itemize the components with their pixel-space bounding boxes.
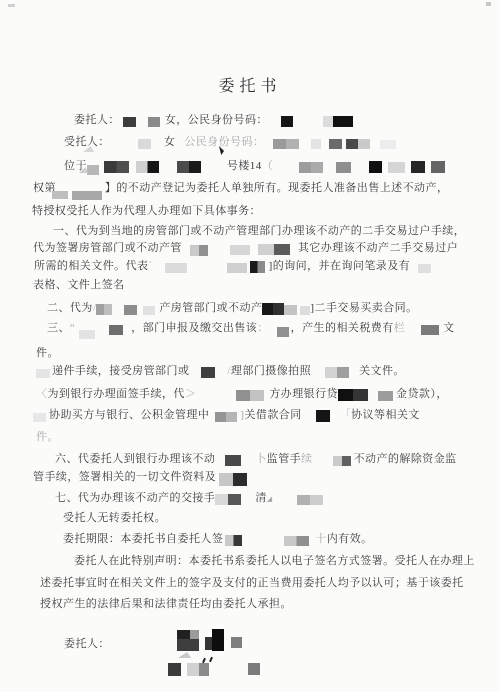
- redaction-block: [165, 263, 187, 273]
- redaction-block: [215, 494, 241, 505]
- document-line: 所需的相关文件。代表ˊ]的询问，并在询问笔录及有: [34, 260, 431, 273]
- spacer: [273, 168, 299, 169]
- redaction-block: [333, 456, 351, 466]
- signature-redaction: [212, 629, 224, 651]
- redaction-block: [190, 245, 208, 256]
- spacer: [187, 268, 227, 269]
- redaction-block: [299, 162, 323, 173]
- redaction-block: [369, 161, 382, 173]
- line-text: 特授权受托人作为代理人办理如下具体事务：: [32, 205, 261, 217]
- spacer: [208, 250, 230, 251]
- redaction-block: [346, 139, 370, 149]
- line-text: 递件手续，接受房管部门或: [52, 365, 189, 377]
- redaction-block: [136, 161, 159, 173]
- spacer: [196, 396, 236, 397]
- spacer: [129, 168, 136, 169]
- document-line: 委托人：: [64, 638, 110, 651]
- redaction-block: [36, 369, 50, 378]
- line-text: 方办理银行贷: [269, 388, 338, 400]
- spacer: [136, 122, 148, 123]
- spacer: [159, 168, 177, 169]
- signature-redaction: [190, 630, 199, 639]
- document-line: 受托人：女公民身份号码：: [64, 136, 396, 149]
- redaction-block: [418, 264, 431, 273]
- scan-smudge: [209, 657, 213, 662]
- redaction-block: [380, 140, 396, 149]
- line-text: 所需的相关文件。代表: [34, 260, 149, 272]
- redaction-block: [281, 116, 293, 127]
- line-text: ＞: [185, 388, 196, 400]
- document-line: 件。: [36, 347, 59, 360]
- spacer: [264, 144, 273, 145]
- redaction-block: [411, 161, 425, 173]
- redaction-block: [215, 412, 237, 422]
- line-text: 一、代为到当地的房管部门或不动产管理部门办理该不动产的二手交易过户手续，: [53, 225, 465, 237]
- line-text: 】的不动产登记为委托人单独所有。现委托人准备出售上述不动产，: [105, 182, 449, 194]
- redaction-block: [262, 303, 284, 315]
- spacer: [250, 250, 258, 251]
- document-line: 一、代为到当地的房管部门或不动产管理部门办理该不动产的二手交易过户手续，: [53, 225, 465, 238]
- line-text: 二、代为: [47, 302, 93, 314]
- spacer: [215, 373, 227, 374]
- line-text: 其它办理该不动产二手交易过户: [298, 242, 458, 254]
- redaction-block: [227, 263, 247, 273]
- line-text: 授权产生的法律后果和法律责任均由委托人承担。: [40, 598, 292, 610]
- redaction-block: [277, 327, 289, 337]
- spacer: [175, 144, 184, 145]
- spacer: [405, 330, 421, 331]
- document-line: 协助买方与银行、公积金管理中]关借款合同「协议等相关文: [33, 409, 420, 422]
- line-text: 续: [301, 453, 312, 465]
- line-text: 文: [443, 322, 454, 334]
- redaction-block: [96, 304, 112, 315]
- spacer: [95, 330, 109, 331]
- line-text: 委托人：: [64, 638, 110, 650]
- line-text: 关文件。: [359, 365, 405, 377]
- signature-redaction: [168, 663, 181, 676]
- line-text: ，产生的相关税费有: [291, 322, 394, 334]
- spacer: [151, 144, 164, 145]
- redaction-block: [109, 325, 123, 335]
- document-line: 七、代为办理该不动产的交接手清◢: [55, 492, 323, 505]
- redaction-block: [378, 391, 393, 401]
- line-text: 受托人：: [64, 136, 110, 148]
- signature-redaction: [199, 663, 209, 676]
- redaction-block: [333, 116, 353, 127]
- redaction-block: [258, 244, 290, 255]
- spacer: [153, 268, 165, 269]
- redaction-block: [338, 389, 368, 401]
- signature-redaction: [231, 637, 242, 648]
- scan-artifact: [486, 2, 491, 6]
- scan-artifact: [8, 4, 15, 7]
- redaction-block: [323, 116, 333, 127]
- document-line: 委托期限：本委托书自委托人签十内有效。: [63, 533, 373, 546]
- line-text: 金贷款），: [396, 388, 448, 400]
- document-line: 代为签署房管部门或不动产管其它办理该不动产二手交易过户: [33, 242, 458, 255]
- line-text: 述委托事宜时在相关文件上的签字及支付的正当费用委托人均予以认可；基于该委托: [40, 577, 464, 589]
- line-text: 不动产的解除资金监: [354, 453, 457, 465]
- redaction-block: [230, 245, 250, 255]
- redaction-block: [250, 261, 265, 273]
- line-text: 三、: [47, 322, 70, 334]
- line-text: 六、代委托人到银行办理该不动: [55, 453, 215, 465]
- line-text: ]的询问，并在询问笔录及有: [269, 260, 411, 272]
- line-text: ]二手交易买卖合同。: [310, 302, 417, 314]
- document-page: 委托书 委托人：女，公民身份号码：受托人：女公民身份号码：位于号楼14（权第】的…: [0, 0, 500, 692]
- line-text: 为到银行办理面签手续，代: [47, 388, 184, 400]
- line-text: 十: [315, 533, 326, 545]
- redaction-block: [201, 367, 215, 378]
- line-text: 理部门摄像拍照: [231, 365, 311, 377]
- redaction-block: [72, 191, 102, 200]
- spacer: [311, 373, 325, 374]
- spacer: [268, 122, 281, 123]
- line-text: 件。: [36, 347, 59, 359]
- document-title: 委托书: [0, 73, 500, 96]
- spacer: [269, 330, 277, 331]
- spacer: [241, 500, 255, 501]
- redaction-block: [329, 139, 342, 149]
- line-text: 女: [164, 136, 175, 148]
- spacer: [241, 461, 255, 462]
- line-text: 件。: [36, 431, 59, 443]
- document-line: 管手续，签署相关的一切文件资料及: [33, 470, 247, 483]
- document-line: 述委托事宜时在相关文件上的签字及支付的正当费用委托人均予以认可；基于该委托: [40, 577, 464, 590]
- spacer: [293, 122, 323, 123]
- line-text: 受托人无转委托权。: [63, 512, 166, 524]
- redaction-block: [300, 306, 310, 315]
- redaction-block: [143, 306, 155, 315]
- line-text: 栏: [394, 322, 405, 334]
- line-text: 监管手: [267, 453, 301, 465]
- spacer: [351, 168, 369, 169]
- line-text: 号楼14: [227, 160, 262, 172]
- redaction-block: [273, 139, 299, 149]
- line-text: ，部门申报及缴交出售该: [131, 322, 257, 334]
- document-line: 特授权受托人作为代理人办理如下具体事务：: [32, 205, 261, 218]
- spacer: [215, 461, 225, 462]
- spacer: [368, 396, 378, 397]
- redaction-block: [311, 139, 321, 149]
- redaction-block: [79, 330, 95, 339]
- redaction-block: [104, 161, 129, 173]
- spacer: [273, 500, 297, 501]
- signature-redaction: [187, 663, 199, 676]
- spacer: [290, 250, 298, 251]
- document-line: 委托人在此特别声明：本委托书系委托人以电子签名方式签署。受托人在办理上: [74, 555, 475, 568]
- line-text: 产房管部门或不动产: [159, 302, 262, 314]
- redaction-block: [388, 162, 405, 173]
- line-text: 清: [255, 492, 266, 504]
- document-line: 表格、文件上签名: [33, 279, 125, 292]
- signature-redaction: [248, 663, 260, 675]
- line-text: 协助买方与银行、公积金管理中: [49, 409, 209, 421]
- line-text: 七、代为办理该不动产的交接手: [55, 492, 215, 504]
- spacer: [323, 168, 336, 169]
- redaction-block: [236, 390, 264, 401]
- document-line: 件。: [36, 431, 59, 444]
- spacer: [410, 268, 418, 269]
- line-text: 代为签署房管部门或不动产管: [33, 242, 182, 254]
- redaction-block: [177, 161, 201, 173]
- document-line: 受托人无转委托权。: [63, 512, 166, 525]
- redaction-block: [284, 305, 297, 315]
- signature-redaction: [177, 630, 190, 639]
- line-text: 女，公民身份号码：: [165, 114, 268, 126]
- line-text: 〈: [36, 388, 47, 400]
- line-text: ：: [257, 322, 268, 334]
- redaction-block: [297, 495, 323, 505]
- redaction-block: [316, 410, 330, 422]
- document-line: 六、代委托人到银行办理该不动卜监管手续不动产的解除资金监: [55, 453, 457, 466]
- redaction-block: [421, 325, 439, 335]
- line-text: 协议等相关文: [351, 409, 420, 421]
- redaction-block: [284, 536, 309, 546]
- line-text: “: [70, 322, 75, 334]
- redaction-block: [33, 413, 46, 422]
- line-text: 委托人在此特别声明：本委托书系委托人以电子签名方式签署。受托人在办理上: [74, 555, 475, 567]
- spacer: [201, 168, 227, 169]
- redaction-block: [138, 139, 151, 149]
- line-text: ◢: [267, 495, 273, 503]
- document-line: 位于号楼14（: [64, 160, 445, 173]
- line-text: （: [262, 160, 273, 172]
- line-text: 委托人：: [74, 114, 120, 126]
- redaction-block: [225, 455, 241, 466]
- spacer: [299, 144, 311, 145]
- redaction-block: [336, 162, 351, 173]
- spacer: [349, 373, 359, 374]
- redaction-block: [52, 191, 68, 199]
- document-line: 授权产生的法律后果和法律责任均由委托人承担。: [40, 598, 292, 611]
- spacer: [313, 461, 333, 462]
- redaction-block: [124, 305, 137, 315]
- redaction-block: [219, 473, 247, 486]
- redaction-block: [225, 535, 242, 546]
- signature-redaction: [177, 639, 199, 651]
- spacer: [321, 144, 329, 145]
- spacer: [110, 144, 138, 145]
- line-text: 卜: [255, 453, 266, 465]
- line-text: 公民身份号码：: [184, 136, 264, 148]
- line-text: 管手续，签署相关的一切文件资料及: [33, 471, 216, 483]
- document-line: 二、代为/产房管部门或不动产]二手交易买卖合同。: [47, 302, 418, 315]
- spacer: [182, 250, 190, 251]
- spacer: [302, 417, 316, 418]
- document-line: 递件手续，接受房管部门或/理部门摄像拍照关文件。: [36, 365, 405, 378]
- spacer: [330, 417, 340, 418]
- line-text: 委托期限：本委托书自委托人签: [63, 533, 223, 545]
- line-text: 内有效。: [327, 533, 373, 545]
- line-text: 表格、文件上签名: [33, 279, 125, 291]
- line-text: 「: [340, 409, 351, 421]
- redaction-block: [87, 165, 99, 175]
- scan-smudge: [178, 652, 191, 658]
- redaction-block: [431, 161, 445, 173]
- line-text: ˊ: [149, 260, 153, 272]
- spacer: [189, 373, 201, 374]
- redaction-block: [325, 367, 349, 378]
- spacer: [242, 541, 284, 542]
- line-text: 关借款合同: [244, 409, 301, 421]
- document-line: 三、“，部门申报及缴交出售该：，产生的相关税费有栏文: [47, 322, 455, 335]
- spacer: [370, 144, 380, 145]
- document-line: 〈为到银行办理面签手续，代＞方办理银行贷金贷款），: [36, 388, 448, 401]
- redaction-block: [123, 117, 136, 127]
- redaction-block: [148, 117, 160, 127]
- document-line: 委托人：女，公民身份号码：: [74, 114, 353, 127]
- spacer: [112, 310, 124, 311]
